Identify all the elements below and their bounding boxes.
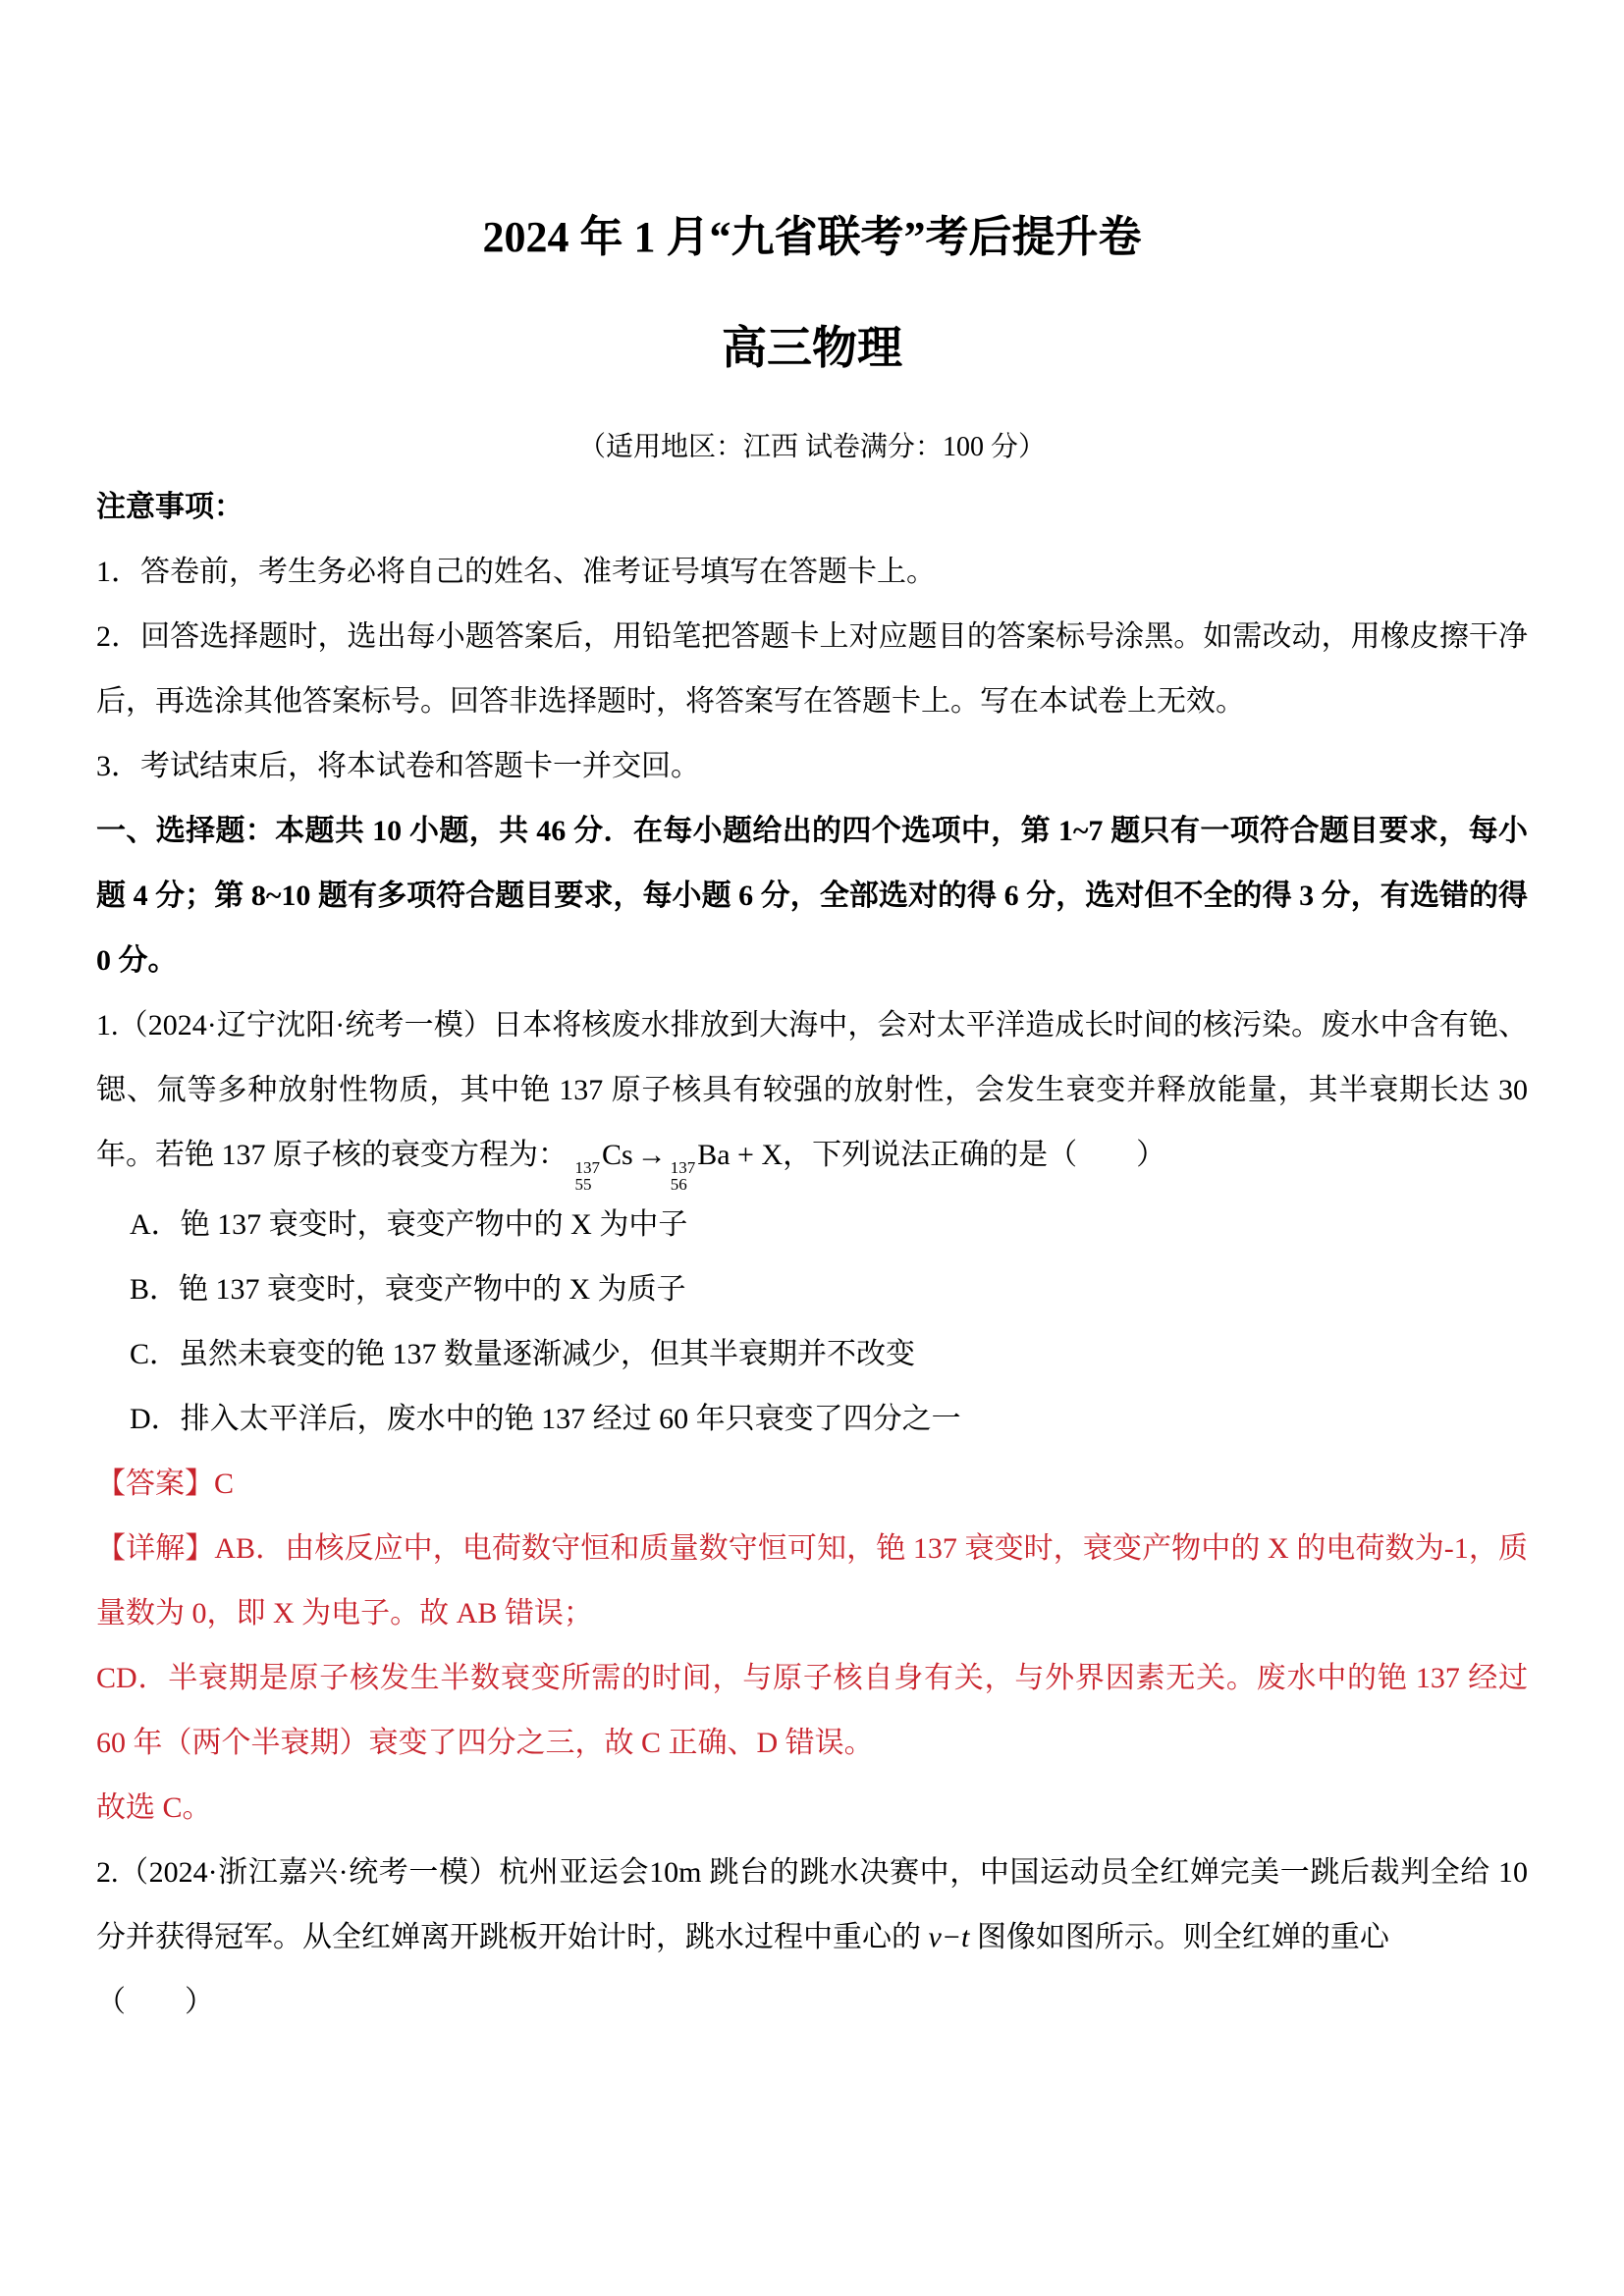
analysis-label: 【详解】 xyxy=(96,1532,214,1565)
notice-item-1: 1．答卷前，考生务必将自己的姓名、准考证号填写在答题卡上。 xyxy=(96,540,1528,605)
analysis-text-ab: AB．由核反应中，电荷数守恒和质量数守恒可知，铯 137 衰变时，衰变产物中的 … xyxy=(96,1532,1528,1629)
notice-heading: 注意事项： xyxy=(96,475,1528,540)
notice-item-2: 2．回答选择题时，选出每小题答案后，用铅笔把答题卡上对应题目的答案标号涂黑。如需… xyxy=(96,605,1528,734)
ba-atomic-number: 56 xyxy=(671,1176,687,1193)
nuclide-ba137: 13756Ba xyxy=(671,1139,731,1171)
ba-symbol: Ba xyxy=(697,1139,730,1171)
notice-item-3: 3．考试结束后，将本试卷和答题卡一并交回。 xyxy=(96,734,1528,799)
cs-atomic-number: 55 xyxy=(575,1176,592,1193)
question-1-answer-line: 【答案】C xyxy=(96,1452,1528,1517)
answer-value: C xyxy=(214,1468,234,1500)
cs-mass-number: 137 xyxy=(575,1159,601,1176)
exam-meta-line: （适用地区：江西 试卷满分：100 分） xyxy=(96,432,1528,463)
cs-symbol: Cs xyxy=(602,1139,633,1171)
ba-mass-number: 137 xyxy=(671,1159,696,1176)
question-2-stem: 2.（2024·浙江嘉兴·统考一模）杭州亚运会10m 跳台的跳水决赛中，中国运动… xyxy=(96,1841,1528,1970)
answer-label: 【答案】 xyxy=(96,1468,214,1500)
question-1-option-a: A．铯 137 衰变时，衰变产物中的 X 为中子 xyxy=(96,1193,1528,1257)
question-2-answer-blank: （ ） xyxy=(96,1970,1528,2035)
plus-sign: + xyxy=(737,1139,754,1171)
vt-variable: v−t xyxy=(929,1921,970,1953)
question-1-stem-tail: ，下列说法正确的是（ ） xyxy=(783,1139,1165,1171)
exam-document-page: 2024 年 1 月“九省联考”考后提升卷 高三物理 （适用地区：江西 试卷满分… xyxy=(0,0,1624,2296)
question-1-option-d: D．排入太平洋后，废水中的铯 137 经过 60 年只衰变了四分之一 xyxy=(96,1387,1528,1452)
question-2-stem-tail: 图像如图所示。则全红婵的重心 xyxy=(977,1921,1389,1953)
section-1-heading: 一、选择题：本题共 10 小题，共 46 分．在每小题给出的四个选项中，第 1~… xyxy=(96,799,1528,993)
page-title: 2024 年 1 月“九省联考”考后提升卷 xyxy=(96,214,1528,261)
document-body: 注意事项： 1．答卷前，考生务必将自己的姓名、准考证号填写在答题卡上。 2．回答… xyxy=(96,475,1528,2035)
question-1-analysis-1: 【详解】AB．由核反应中，电荷数守恒和质量数守恒可知，铯 137 衰变时，衰变产… xyxy=(96,1517,1528,1646)
page-subtitle: 高三物理 xyxy=(96,324,1528,373)
question-1-analysis-2: CD．半衰期是原子核发生半数衰变所需的时间，与原子核自身有关，与外界因素无关。废… xyxy=(96,1646,1528,1776)
nuclide-ba137-numbers: 13756 xyxy=(671,1159,696,1193)
particle-x: X xyxy=(761,1139,783,1171)
question-1-stem: 1.（2024·辽宁沈阳·统考一模）日本将核废水排放到大海中，会对太平洋造成长时… xyxy=(96,993,1528,1193)
nuclide-cs137-numbers: 13755 xyxy=(575,1159,601,1193)
question-1-option-c: C．虽然未衰变的铯 137 数量逐渐减少，但其半衰期并不改变 xyxy=(96,1322,1528,1387)
nuclide-cs137: 13755Cs xyxy=(575,1139,633,1171)
decay-arrow-icon: → xyxy=(633,1139,671,1171)
question-1-option-b: B．铯 137 衰变时，衰变产物中的 X 为质子 xyxy=(96,1257,1528,1322)
question-1-analysis-3: 故选 C。 xyxy=(96,1776,1528,1841)
